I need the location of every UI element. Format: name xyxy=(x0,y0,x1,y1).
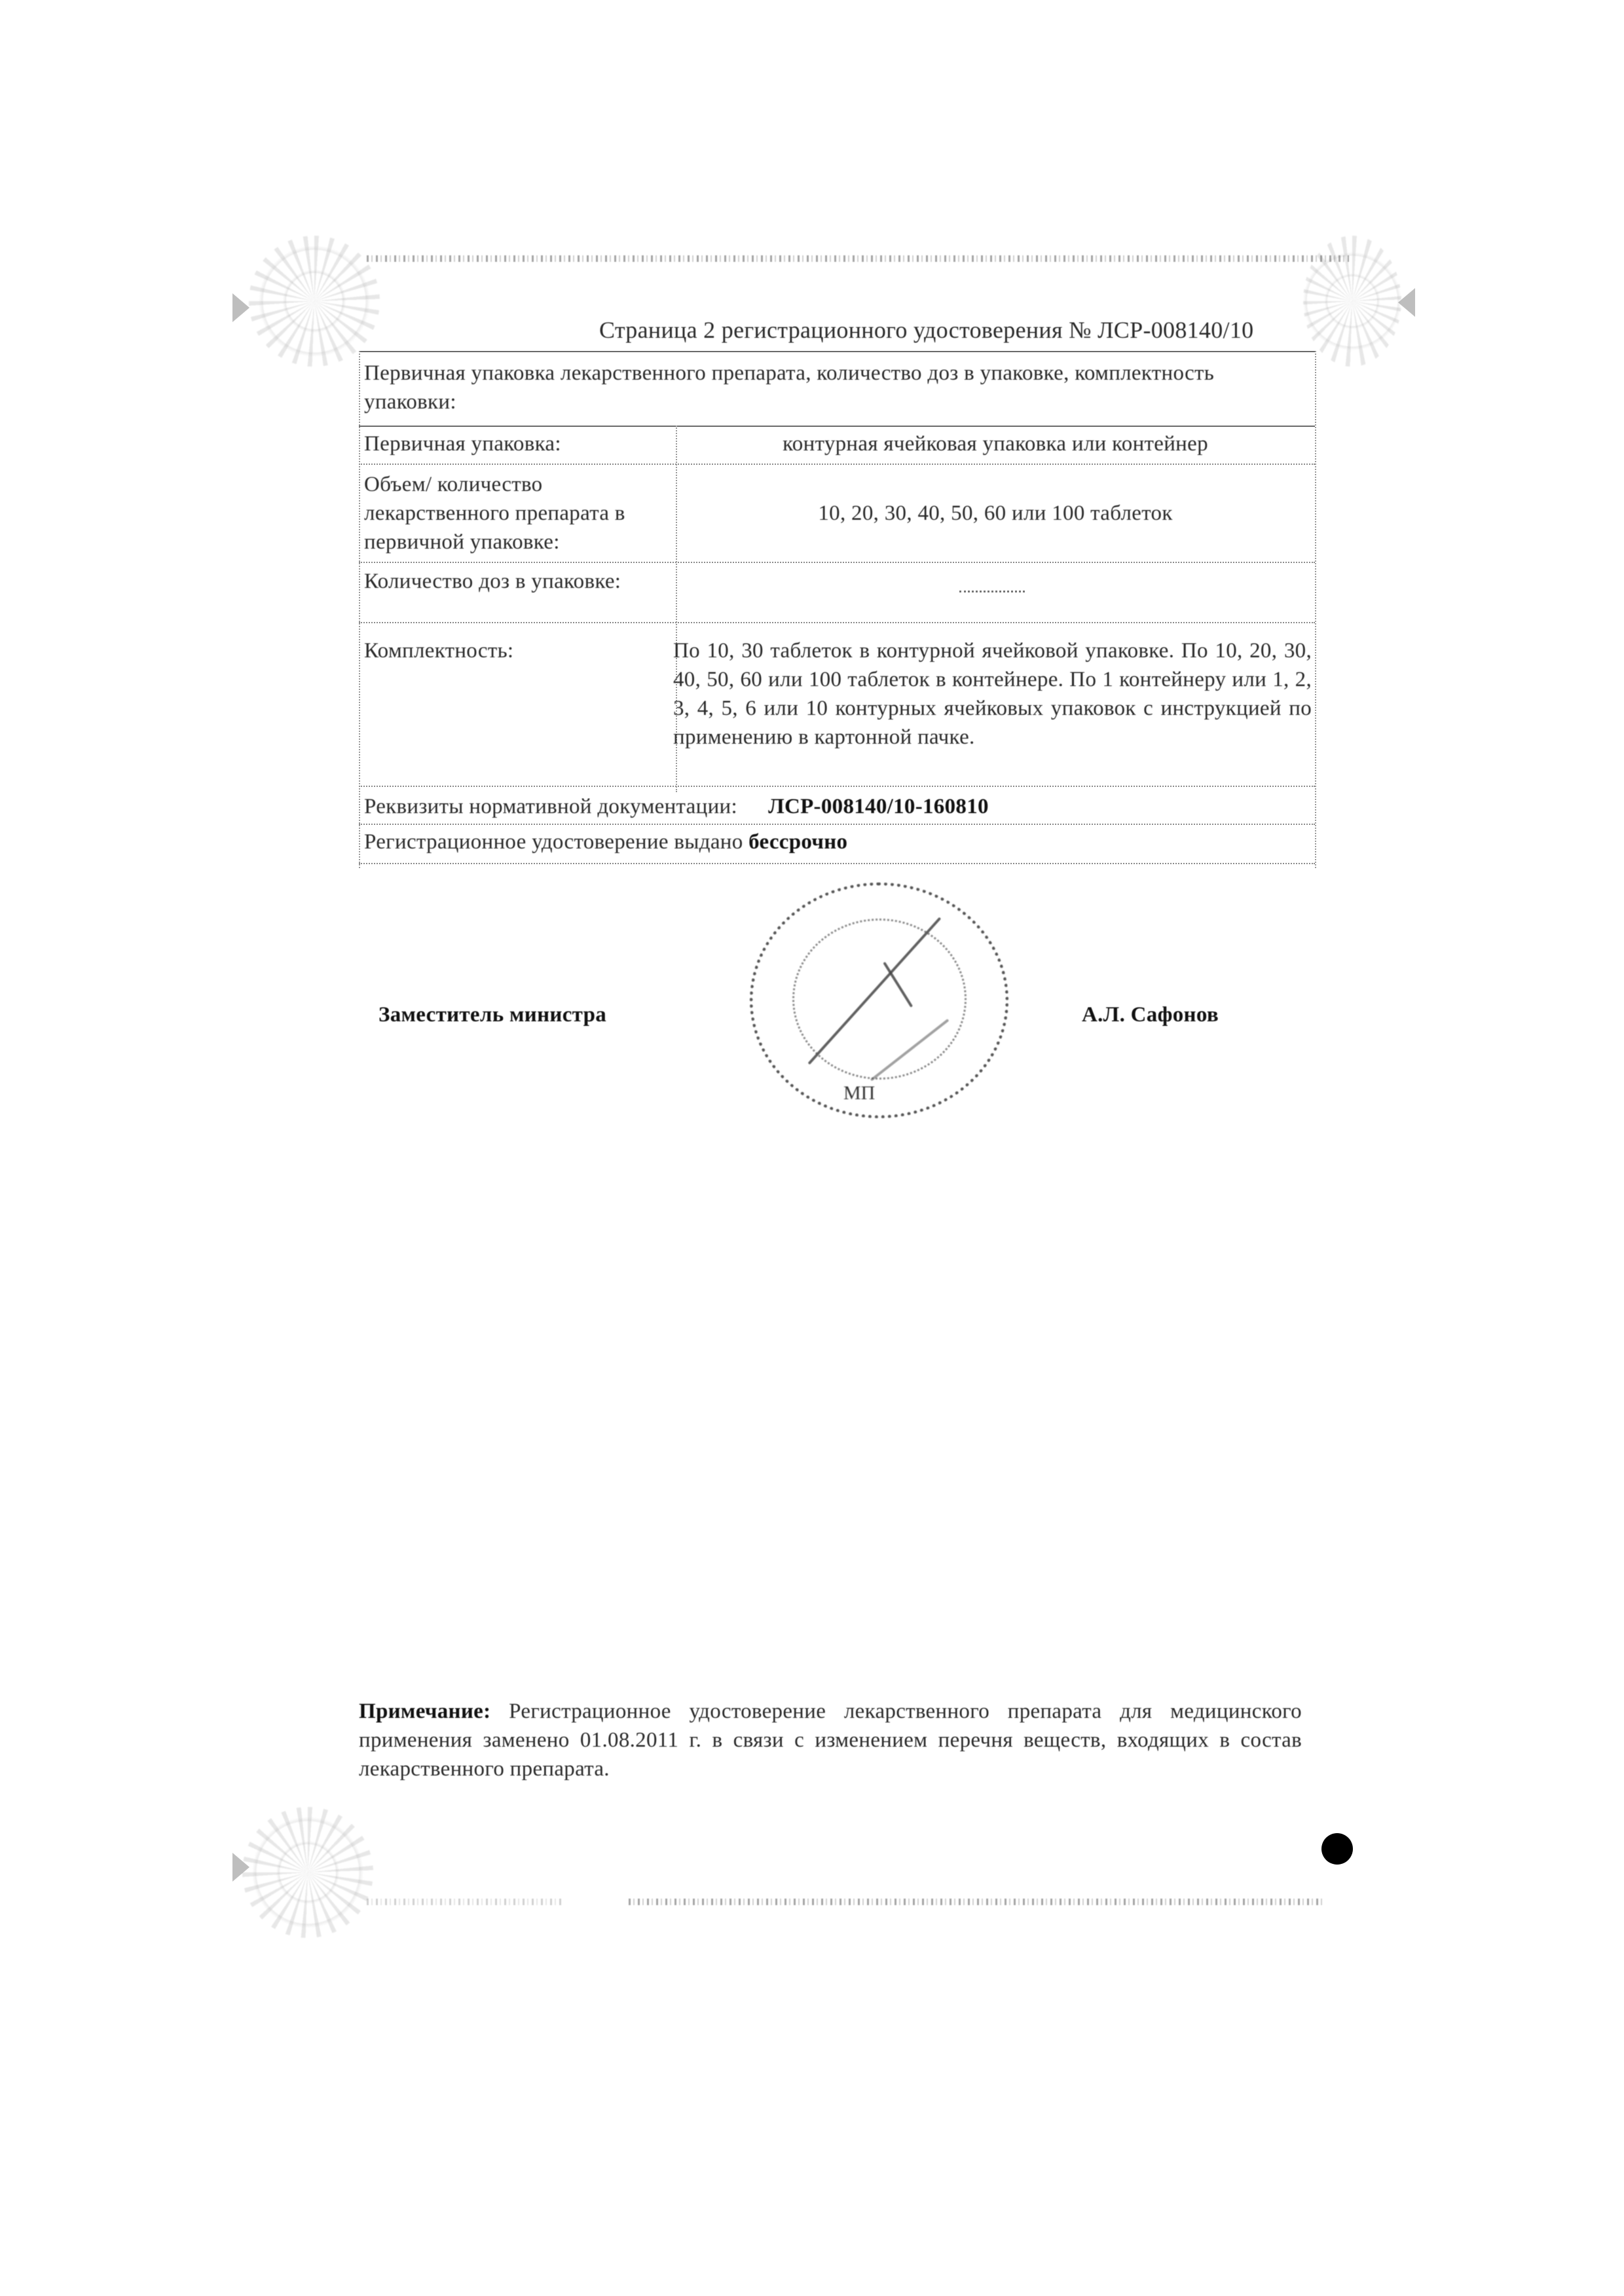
decorative-rosette-top-left xyxy=(249,236,380,367)
official-stamp: МП xyxy=(750,883,1008,1118)
validity-row: Регистрационное удостоверение выдано бес… xyxy=(364,828,1307,856)
doses-count-value-dash xyxy=(959,591,1025,592)
section-title: Первичная упаковка лекарственного препар… xyxy=(364,359,1281,416)
primary-packaging-label: Первичная упаковка: xyxy=(364,429,665,458)
normative-docs-label: Реквизиты нормативной документации: xyxy=(364,795,737,818)
note-label: Примечание: xyxy=(359,1700,490,1723)
decorative-rosette-bottom-left xyxy=(242,1807,373,1938)
completeness-value: По 10, 30 таблеток в контурной ячейковой… xyxy=(673,636,1312,752)
black-dot-mark xyxy=(1321,1833,1353,1865)
stamp-inner-ring xyxy=(792,919,967,1080)
completeness-label: Комплектность: xyxy=(364,636,665,665)
scan-noise-bottom-left xyxy=(367,1899,563,1905)
signatory-position: Заместитель министра xyxy=(378,1000,706,1029)
scan-noise-top xyxy=(367,255,1349,262)
row-divider xyxy=(359,562,1315,563)
normative-docs-row: Реквизиты нормативной документации: ЛСР-… xyxy=(364,792,1307,821)
row-divider xyxy=(359,464,1315,465)
note: Примечание: Регистрационное удостоверени… xyxy=(359,1697,1302,1783)
normative-docs-value: ЛСР-008140/10-160810 xyxy=(768,795,989,818)
note-text: Регистрационное удостоверение лекарствен… xyxy=(359,1700,1302,1781)
doses-count-label: Количество доз в упаковке: xyxy=(364,567,672,596)
decorative-arrow-icon xyxy=(232,1853,249,1882)
stamp-label: МП xyxy=(843,1082,875,1104)
primary-packaging-value: контурная ячейковая упаковка или контейн… xyxy=(678,429,1313,458)
validity-label: Регистрационное удостоверение выдано xyxy=(364,830,743,854)
row-divider xyxy=(359,426,1315,427)
volume-quantity-label: Объем/ количество лекарственного препара… xyxy=(364,470,672,556)
decorative-arrow-icon xyxy=(1398,288,1415,317)
page-header: Страница 2 регистрационного удостоверени… xyxy=(599,316,1326,344)
scan-noise-bottom xyxy=(629,1899,1323,1905)
table-right-border xyxy=(1315,351,1316,868)
row-divider xyxy=(359,786,1315,787)
row-divider xyxy=(359,824,1315,825)
decorative-arrow-icon xyxy=(232,293,249,322)
signatory-name: А.Л. Сафонов xyxy=(1082,1000,1278,1029)
volume-quantity-value: 10, 20, 30, 40, 50, 60 или 100 таблеток xyxy=(678,499,1313,528)
row-divider xyxy=(359,622,1315,623)
table-bottom-border xyxy=(359,863,1315,864)
validity-value: бессрочно xyxy=(748,830,847,854)
table-left-border xyxy=(359,351,360,868)
table-top-border xyxy=(359,351,1315,352)
